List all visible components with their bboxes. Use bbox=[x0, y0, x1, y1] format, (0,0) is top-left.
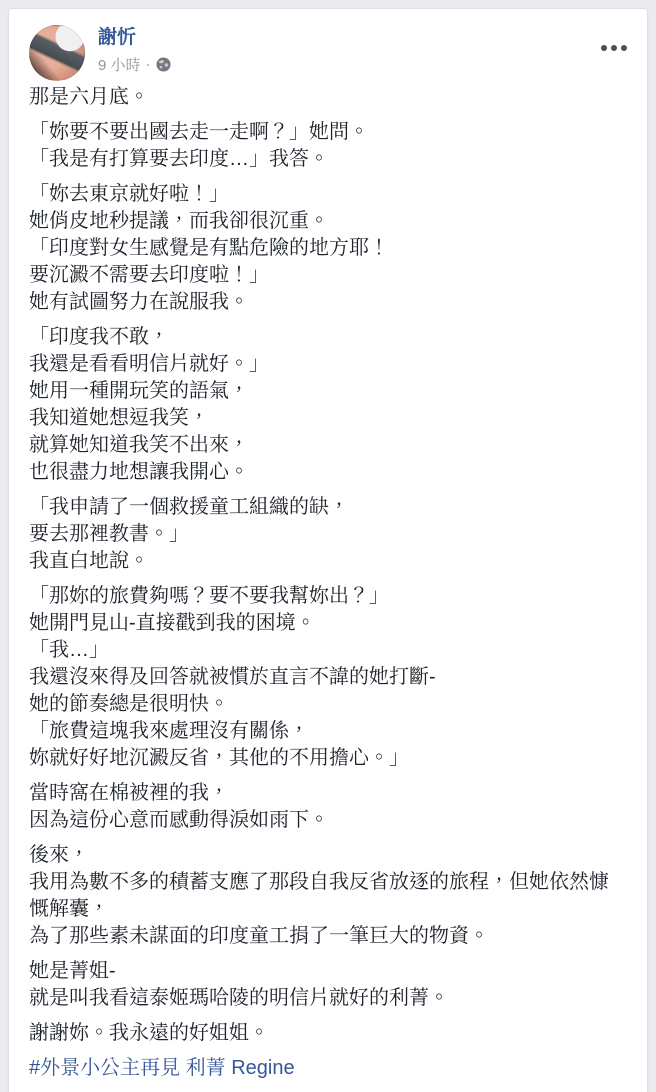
author-name-link[interactable]: 謝忻 bbox=[98, 27, 136, 49]
post-paragraph: 「那妳的旅費夠嗎？要不要我幫妳出？」她開門見山-直接戳到我的困境。「我…」我還沒… bbox=[29, 583, 627, 772]
post-options-button[interactable] bbox=[597, 41, 631, 55]
post-paragraph: 「印度我不敢，我還是看看明信片就好。」她用一種開玩笑的語氣，我知道她想逗我笑，就… bbox=[29, 324, 627, 486]
post-paragraph: 「我申請了一個救援童工組織的缺，要去那裡教書。」我直白地說。 bbox=[29, 494, 627, 575]
post-paragraph: 她是菁姐-就是叫我看這泰姬瑪哈陵的明信片就好的利菁。 bbox=[29, 958, 627, 1012]
hashtag-line: #外景小公主再見 利菁 Regine bbox=[29, 1055, 627, 1082]
author-block: 謝忻 9 小時 · bbox=[98, 25, 171, 75]
ellipsis-icon bbox=[621, 45, 627, 51]
post-body: 那是六月底。「妳要不要出國去走一走啊？」她問。「我是有打算要去印度…」我答。「妳… bbox=[9, 81, 647, 1082]
globe-public-icon bbox=[156, 57, 171, 72]
hashtag-link[interactable]: #外景小公主再見 利菁 Regine bbox=[29, 1057, 295, 1079]
profile-avatar[interactable] bbox=[29, 25, 85, 81]
post-header: 謝忻 9 小時 · bbox=[9, 9, 647, 81]
post-meta: 9 小時 · bbox=[98, 54, 171, 75]
facebook-feed-page: { "post": { "author": "謝忻", "header": { … bbox=[0, 0, 656, 1092]
post-paragraph: 謝謝妳。我永遠的好姐姐。 bbox=[29, 1020, 627, 1047]
ellipsis-icon bbox=[611, 45, 617, 51]
post-paragraph: 那是六月底。 bbox=[29, 84, 627, 111]
post-paragraphs: 那是六月底。「妳要不要出國去走一走啊？」她問。「我是有打算要去印度…」我答。「妳… bbox=[29, 84, 627, 1047]
post-paragraph: 「妳去東京就好啦！」她俏皮地秒提議，而我卻很沉重。「印度對女生感覺是有點危險的地… bbox=[29, 181, 627, 316]
meta-separator: · bbox=[146, 56, 151, 73]
post-paragraph: 後來，我用為數不多的積蓄支應了那段自我反省放逐的旅程，但她依然慷慨解囊，為了那些… bbox=[29, 842, 627, 950]
facebook-post-card: 謝忻 9 小時 · 那是六月底。「妳要不要出國去走一走啊？」 bbox=[8, 8, 648, 1092]
ellipsis-icon bbox=[601, 45, 607, 51]
timestamp[interactable]: 9 小時 bbox=[98, 54, 141, 75]
post-paragraph: 「妳要不要出國去走一走啊？」她問。「我是有打算要去印度…」我答。 bbox=[29, 119, 627, 173]
post-paragraph: 當時窩在棉被裡的我，因為這份心意而感動得淚如雨下。 bbox=[29, 780, 627, 834]
